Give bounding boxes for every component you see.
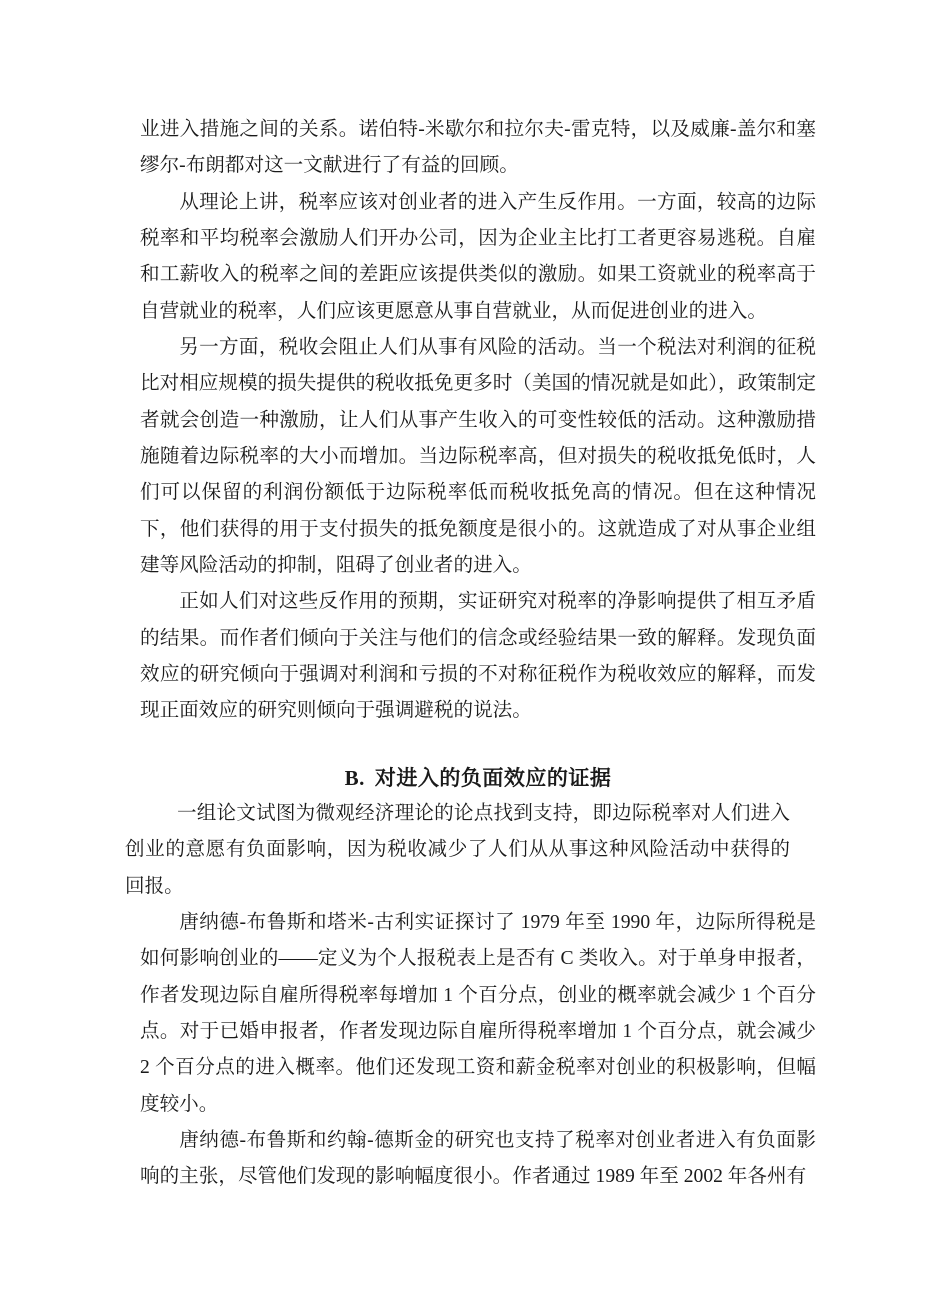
paragraph: 正如人们对这些反作用的预期，实证研究对税率的净影响提供了相互矛盾的结果。而作者们… — [140, 584, 816, 729]
paragraph: 唐纳德-布鲁斯和塔米-古利实证探讨了 1979 年至 1990 年，边际所得税是… — [140, 905, 816, 1123]
paragraph-continuation: 业进入措施之间的关系。诺伯特-米歇尔和拉尔夫-雷克特，以及威廉-盖尔和塞缪尔-布… — [140, 112, 816, 185]
paragraph: 一组论文试图为微观经济理论的论点找到支持，即边际税率对人们进入创业的意愿有负面影… — [125, 796, 790, 905]
section-heading-title: 对进入的负面效应的证据 — [375, 766, 612, 790]
document-content: 业进入措施之间的关系。诺伯特-米歇尔和拉尔夫-雷克特，以及威廉-盖尔和塞缪尔-布… — [140, 112, 816, 1196]
document-page: 业进入措施之间的关系。诺伯特-米歇尔和拉尔夫-雷克特，以及威廉-盖尔和塞缪尔-布… — [0, 0, 926, 1309]
paragraph: 另一方面，税收会阻止人们从事有风险的活动。当一个税法对利润的征税比对相应规模的损… — [140, 330, 816, 584]
paragraph: 唐纳德-布鲁斯和约翰-德斯金的研究也支持了税率对创业者进入有负面影响的主张，尽管… — [140, 1123, 816, 1196]
paragraph: 从理论上讲，税率应该对创业者的进入产生反作用。一方面，较高的边际税率和平均税率会… — [140, 185, 816, 330]
section-heading: B.对进入的负面效应的证据 — [140, 760, 816, 796]
section-heading-label: B. — [345, 766, 365, 790]
